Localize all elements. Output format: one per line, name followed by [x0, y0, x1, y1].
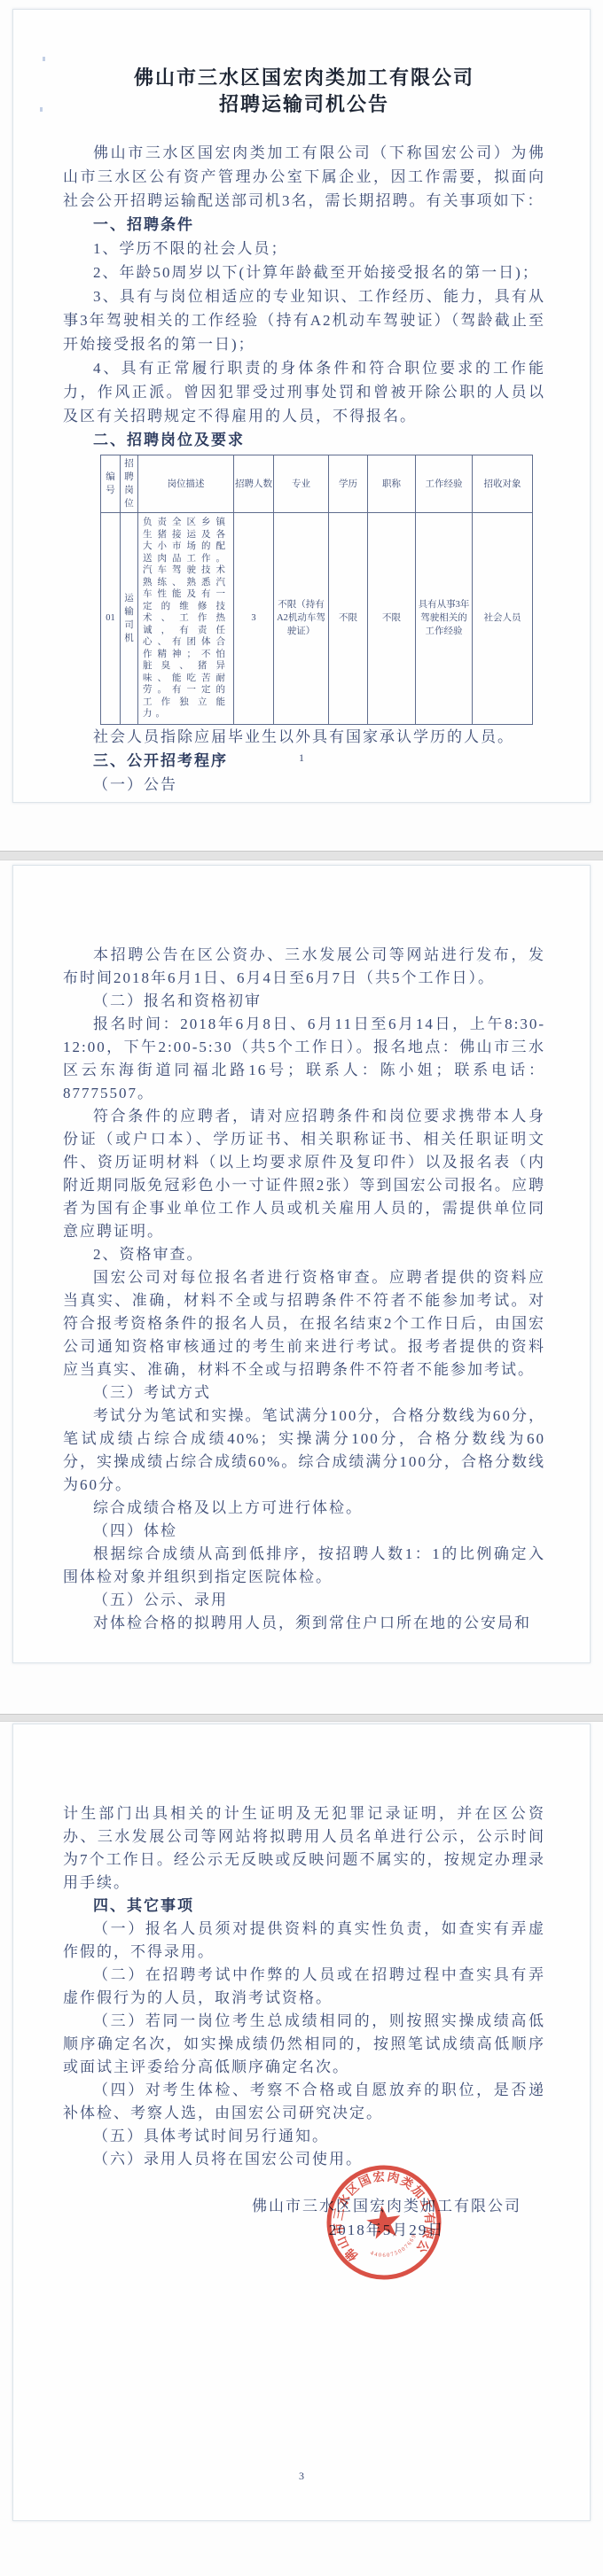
page-2: 本招聘公告在区公资办、三水发展公司等网站进行发布，发布时间2018年6月1日、6…: [12, 865, 591, 1663]
doc-title-line1: 佛山市三水区国宏肉类加工有限公司: [63, 65, 545, 91]
subsection-heading: （四）体检: [63, 1520, 545, 1543]
paragraph: （二）在招聘考试中作弊的人员或在招聘过程中查实具有弄虚作假行为的人员，取消考试资…: [63, 1964, 545, 2010]
paragraph: （四）对考生体检、考察不合格或自愿放弃的职位，是否递补体检、考察人选，由国宏公司…: [63, 2079, 545, 2125]
page-divider: [0, 851, 603, 860]
cell-no: 01: [101, 513, 121, 725]
subsection-heading: （二）报名和资格初审: [63, 990, 545, 1013]
cell-major: 不限（持有A2机动车驾驶证）: [274, 513, 329, 725]
paragraph: 符合条件的应聘者，请对应招聘条件和岗位要求携带本人身份证（或户口本）、学历证书、…: [63, 1105, 545, 1243]
page-3: 计生部门出具相关的计生证明及无犯罪记录证明，并在区公资办、三水发展公司等网站将拟…: [12, 1724, 591, 2521]
cell-post: 运输司机: [121, 513, 138, 725]
paragraph: 国宏公司对每位报名者进行资格审查。应聘者提供的资料应当真实、准确，材料不全或与招…: [63, 1266, 545, 1381]
page-number: 1: [13, 751, 590, 765]
recruit-table: 编号 招聘岗位 岗位描述 招聘人数 专业 学历 职称 工作经验 招收对象 01: [100, 455, 533, 725]
paragraph: 考试分为笔试和实操。笔试满分100分，合格分数线为60分，笔试成绩占综合成绩40…: [63, 1405, 545, 1497]
paragraph: 综合成绩合格及以上方可进行体检。: [63, 1497, 545, 1520]
paragraph: 根据综合成绩从高到低排序，按招聘人数1：1的比例确定入围体检对象并组织到指定医院…: [63, 1543, 545, 1589]
intro-paragraph: 佛山市三水区国宏肉类加工有限公司（下称国宏公司）为佛山市三水区公有资产管理办公室…: [63, 141, 545, 213]
subsection-announcement: （一）公告: [63, 773, 545, 797]
section-4-heading: 四、其它事项: [63, 1895, 545, 1918]
signature-date: 2018年5月29日: [240, 2218, 533, 2242]
table-header-cell: 岗位描述: [138, 455, 234, 513]
paragraph: 本招聘公告在区公资办、三水发展公司等网站进行发布，发布时间2018年6月1日、6…: [63, 944, 545, 990]
subsection-heading: （五）公示、录用: [63, 1589, 545, 1612]
cell-experience: 具有从事3年驾驶相关的工作经验: [416, 513, 473, 725]
paragraph: 计生部门出具相关的计生证明及无犯罪记录证明，并在区公资办、三水发展公司等网站将拟…: [63, 1802, 545, 1895]
scan-mark: [40, 107, 43, 112]
table-row: 01 运输司机 负责全区乡镇生猪接运及各大小市场的配送肉品工作。汽车驾驶技术熟练…: [101, 513, 533, 725]
page-1: 佛山市三水区国宏肉类加工有限公司 招聘运输司机公告 佛山市三水区国宏肉类加工有限…: [12, 9, 591, 803]
page-divider: [0, 1714, 603, 1722]
signature-company: 佛山市三水区国宏肉类加工有限公司: [240, 2194, 533, 2218]
condition-item-1: 1、学历不限的社会人员；: [63, 237, 545, 261]
scan-mark: [43, 57, 45, 61]
subsection-heading: （三）考试方式: [63, 1381, 545, 1405]
cell-education: 不限: [329, 513, 368, 725]
table-header-cell: 专业: [274, 455, 329, 513]
table-note: 社会人员指除应届毕业生以外具有国家承认学历的人员。: [63, 725, 545, 749]
table-header-cell: 招聘岗位: [121, 455, 138, 513]
table-header-cell: 学历: [329, 455, 368, 513]
condition-item-4: 4、具有正常履行职责的身体条件和符合职位要求的工作能力，作风正派。曾因犯罪受过刑…: [63, 356, 545, 428]
condition-item-2: 2、年龄50周岁以下(计算年龄截至开始接受报名的第一日)；: [63, 261, 545, 284]
paragraph: 报名时间：2018年6月8日、6月11日至6月14日，上午8:30-12:00，…: [63, 1013, 545, 1105]
table-header-cell: 编号: [101, 455, 121, 513]
doc-title: 佛山市三水区国宏肉类加工有限公司 招聘运输司机公告: [63, 65, 545, 118]
condition-item-3: 3、具有与岗位相适应的专业知识、工作经历、能力，具有从事3年驾驶相关的工作经验（…: [63, 284, 545, 356]
cell-title: 不限: [368, 513, 416, 725]
signature-block: 佛山市三水区国宏肉类加工有限公司 2018年5月29日: [240, 2194, 533, 2242]
paragraph: （五）具体考试时间另行通知。: [63, 2125, 545, 2148]
cell-count: 3: [234, 513, 274, 725]
table-header-row: 编号 招聘岗位 岗位描述 招聘人数 专业 学历 职称 工作经验 招收对象: [101, 455, 533, 513]
paragraph: （一）报名人员须对提供资料的真实性负责，如查实有弄虚作假的，不得录用。: [63, 1918, 545, 1964]
paragraph: （六）录用人员将在国宏公司使用。: [63, 2148, 545, 2171]
page-number: 3: [13, 2470, 590, 2483]
doc-title-line2: 招聘运输司机公告: [63, 91, 545, 118]
section-2-heading: 二、招聘岗位及要求: [63, 428, 545, 452]
table-header-cell: 工作经验: [416, 455, 473, 513]
document-viewer: 佛山市三水区国宏肉类加工有限公司 招聘运输司机公告 佛山市三水区国宏肉类加工有限…: [0, 0, 603, 2576]
paragraph: （三）若同一岗位考生总成绩相同的，则按照实操成绩高低顺序确定名次，如实操成绩仍然…: [63, 2010, 545, 2079]
table-header-cell: 招聘人数: [234, 455, 274, 513]
cell-description: 负责全区乡镇生猪接运及各大小市场的配送肉品工作。汽车驾驶技术熟练、熟悉汽车性能及…: [138, 513, 234, 725]
table-header-cell: 招收对象: [473, 455, 533, 513]
cell-target: 社会人员: [473, 513, 533, 725]
table-header-cell: 职称: [368, 455, 416, 513]
page-number: 2: [13, 1612, 590, 1625]
paragraph: 2、资格审查。: [63, 1243, 545, 1266]
section-1-heading: 一、招聘条件: [63, 213, 545, 237]
